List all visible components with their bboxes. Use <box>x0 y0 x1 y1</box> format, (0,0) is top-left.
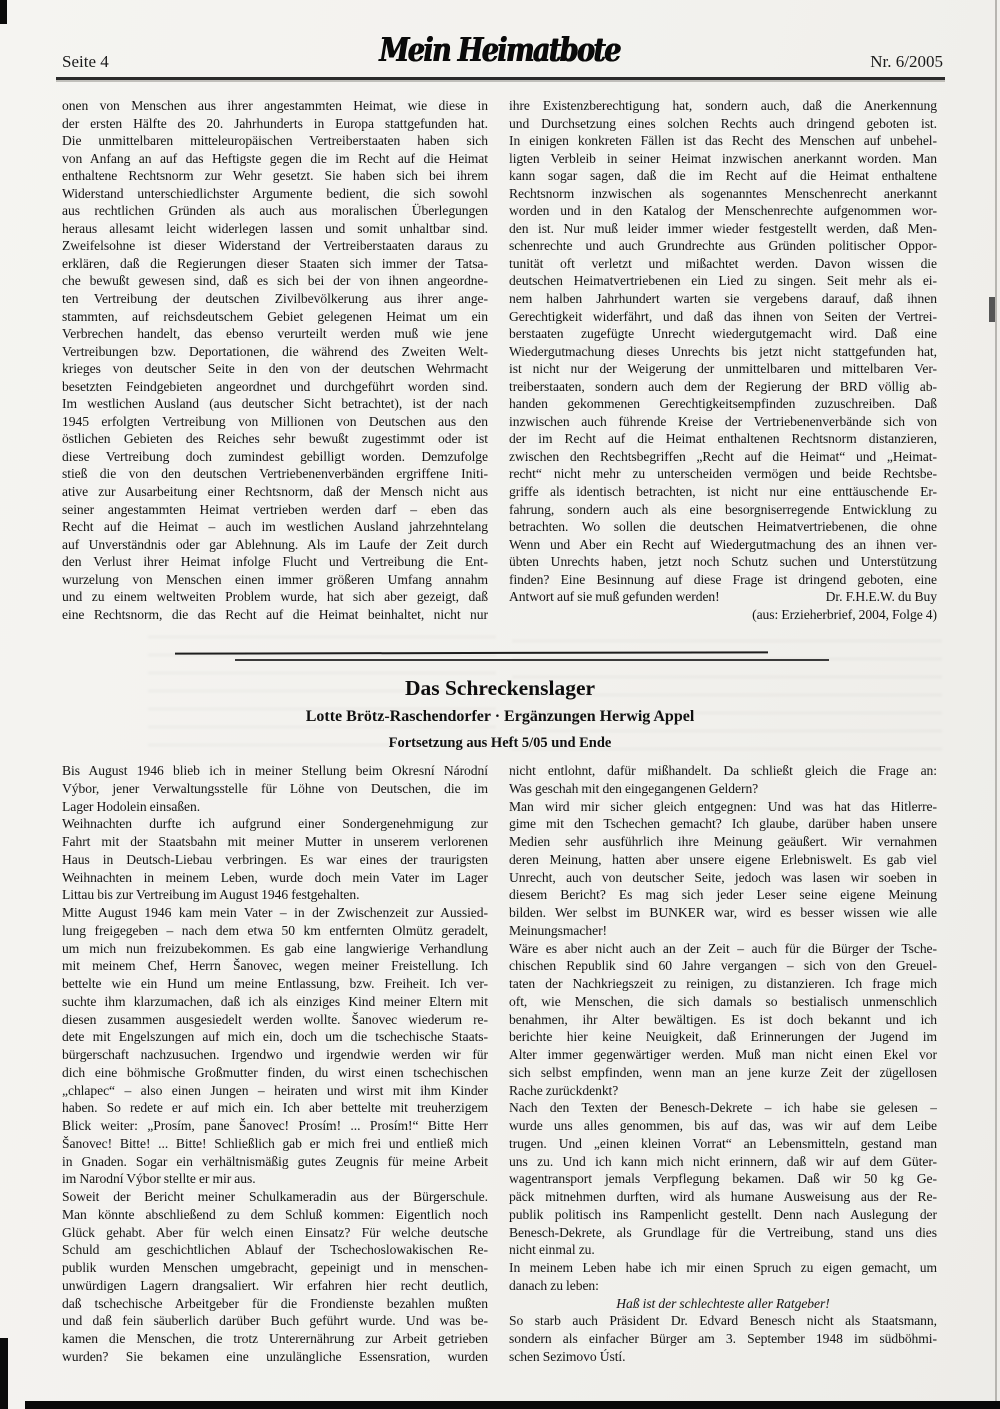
text-line: und Durchsetzung eines solchen Rechts au… <box>509 115 937 133</box>
text-line: nem halben Jahrhundert warten sie vergeb… <box>509 290 937 308</box>
text-line: Wenn und Aber ein Recht auf Wiedergutmac… <box>509 536 937 554</box>
text-line: päck mitnehmen durften, wird als humane … <box>509 1188 937 1206</box>
newspaper-page: { "header": { "page_label": "Seite 4", "… <box>0 0 1000 1409</box>
text-line: schen Sezimovo Ústí. <box>509 1348 937 1366</box>
page-edge-shadow <box>995 0 997 1409</box>
article-title: Das Schreckenslager <box>0 676 1000 701</box>
text-line: Šanovec! Bitte! ... Bitte! Schließlich g… <box>62 1135 488 1153</box>
text-line: nicht einmal zu. <box>509 1241 937 1259</box>
text-line: worden und in den Katalog der Menschenre… <box>509 202 937 220</box>
text-line: Rache zurückdenkt? <box>509 1082 937 1100</box>
section-divider-line <box>235 659 829 661</box>
text-line: oft, wie Menschen, die sich damals so be… <box>509 993 937 1011</box>
text-line: nicht entlohnt, dafür mißhandelt. Da sch… <box>509 762 937 780</box>
text-line: erklären, daß die Regierungen dieser Sta… <box>62 255 488 273</box>
text-line: publik politisch ins Rampenlicht gestell… <box>509 1206 937 1224</box>
masthead-text: Mein Heimatbote <box>380 30 620 69</box>
text-line: bilden. Wer selbst im BUNKER war, wird e… <box>509 904 937 922</box>
page-edge-notch <box>989 297 995 322</box>
issue-number-label: Nr. 6/2005 <box>870 52 943 72</box>
text-line: östlichen Gebieten des Reiches sehr bewu… <box>62 430 488 448</box>
text-line: Lager Hodolein einsaßen. <box>62 798 488 816</box>
text-line: in Gnaden. Sogar ein verhältnismäßig gut… <box>62 1153 488 1171</box>
text-line: kann sogar sagen, daß die im Recht auf d… <box>509 167 937 185</box>
text-line: ist nicht nur der Weigerung der unmittel… <box>509 360 937 378</box>
article-main-right-column: nicht entlohnt, dafür mißhandelt. Da sch… <box>509 762 937 1366</box>
scan-left-edge <box>0 1338 8 1409</box>
text-line: daß tschechische Arbeitgeber für die Fro… <box>62 1295 488 1313</box>
text-line: So starb auch Präsident Dr. Edvard Benes… <box>509 1312 937 1330</box>
text-line: auf Unverständnis oder gar Ablehnung. Al… <box>62 536 488 554</box>
text-line: der ersten Hälfte des 20. Jahrhunderts i… <box>62 115 488 133</box>
text-line: berstaaten zugefügte Unrecht wiedergutge… <box>509 325 937 343</box>
text-line: unwürdigen Lagern drangsaliert. Wir erfa… <box>62 1277 488 1295</box>
text-line: seiner angestammten Heimat vertrieben we… <box>62 501 488 519</box>
article-top-right-column: ihre Existenzberechtigung hat, sondern a… <box>509 97 937 623</box>
text-line: Benesch-Dekrete, als Grundlage für die V… <box>509 1224 937 1242</box>
text-line: bürgerschaft nachzusuchen. Irgendwo und … <box>62 1046 488 1064</box>
text-line: Widerstand unterschiedlichster Argumente… <box>62 185 488 203</box>
text-line: wurden? Sie bekamen eine unzulängliche E… <box>62 1348 488 1366</box>
text-line: Weihnachten in meinem Leben, wurde doch … <box>62 869 488 887</box>
text-line: In meinem Leben habe ich mir einen Spruc… <box>509 1259 937 1277</box>
text-line: benahmen, ihr Alter bewältigen. Es ist d… <box>509 1011 937 1029</box>
masthead-logo: Mein Heimatbote <box>0 30 1000 69</box>
text-line: taten der Nachkriegszeit zu reinigen, zu… <box>509 975 937 993</box>
text-line: wurzelung von Menschen einen immer größe… <box>62 571 488 589</box>
text-line: Die unmittelbaren mitteleuropäischen Ver… <box>62 132 488 150</box>
text-line: betrachten. Wo sollen die deutschen Heim… <box>509 518 937 536</box>
header-rule <box>56 77 945 80</box>
text-line: danach zu leben: <box>509 1277 937 1295</box>
text-line: deutschen Heimatvertriebenen ein Lied zu… <box>509 272 937 290</box>
text-line: Rechtsnorm inzwischen als sogenanntes Me… <box>509 185 937 203</box>
text-line: ihre Existenzberechtigung hat, sondern a… <box>509 97 937 115</box>
text-line: tunität oft verletzt und mißachtet werde… <box>509 255 937 273</box>
text-line: schenrechte und auch Grundrechte aus Grü… <box>509 237 937 255</box>
text-line: In einigen konkreten Fällen ist das Rech… <box>509 132 937 150</box>
text-line: mit meinem Chef, Herrn Šanovec, wegen me… <box>62 957 488 975</box>
text-line: Wäre es aber nicht auch an der Zeit – au… <box>509 940 937 958</box>
text-line: den Verlust ihrer Heimat infolge Flucht … <box>62 553 488 571</box>
text-line: Schuld am geschichtlichen Ablauf der Tsc… <box>62 1241 488 1259</box>
text-line: Haß ist der schlechteste aller Ratgeber! <box>509 1295 937 1313</box>
text-line: Alter immer gegenwärtiger werden. Muß ma… <box>509 1046 937 1064</box>
text-line: diesem Bericht? Es mag sich jeder Leser … <box>509 886 937 904</box>
text-line: Meinungsmacher! <box>509 922 937 940</box>
text-line: Verbrechen handelt, das ebenso verurteil… <box>62 325 488 343</box>
text-line: kamen die Menschen, die trotz Unterernäh… <box>62 1330 488 1348</box>
text-line: und zu einem weltweiten Problem wurde, h… <box>62 588 488 606</box>
text-line: Mitte August 1946 kam mein Vater – in de… <box>62 904 488 922</box>
text-line: berichte hier keine Neuigkeit, daß Erinn… <box>509 1028 937 1046</box>
text-line: heraus allesamt leicht widerlegen lassen… <box>62 220 488 238</box>
text-line: Littau bis zur Vertreibung im August 194… <box>62 886 488 904</box>
text-line: Antwort auf sie muß gefunden werden!Dr. … <box>509 588 937 606</box>
text-line: treiberstaaten, sondern auch dem der Reg… <box>509 378 937 396</box>
text-line: deren Meinung, hatten aber unsere eigene… <box>509 851 937 869</box>
text-line: chischen Republik sind 60 Jahre vergange… <box>509 957 937 975</box>
text-line: Fahrt mit der Staatsbahn mit meiner Mutt… <box>62 833 488 851</box>
article-main-left-column: Bis August 1946 blieb ich in meiner Stel… <box>62 762 488 1366</box>
text-line: der im Recht auf die Heimat enthaltenen … <box>509 430 937 448</box>
text-line: krieges von deutscher Seite in den von d… <box>62 360 488 378</box>
text-line: trugen. Und „einen kleinen Vorrat“ an Le… <box>509 1135 937 1153</box>
text-line: (aus: Erzieherbrief, 2004, Folge 4) <box>509 606 937 624</box>
text-line: Blick weiter: „Prosím, pane Šanovec! Pro… <box>62 1117 488 1135</box>
text-line: Vertreibungen bzw. Deportationen, die wä… <box>62 343 488 361</box>
text-line: Wiedergutmachung dieses Unrechts bis jet… <box>509 343 937 361</box>
text-line: inzwischen auch führende Kreise der Vert… <box>509 413 937 431</box>
text-line: Man wird mir sicher gleich entgegnen: Un… <box>509 798 937 816</box>
author-name: Dr. F.H.E.W. du Buy <box>826 588 937 606</box>
text-line: wagentransport jemals Verpflegung bekame… <box>509 1170 937 1188</box>
text-line: 1945 erfolgten Vertreibung von Millionen… <box>62 413 488 431</box>
text-line: Man könnte abschließend zu dem Schluß ko… <box>62 1206 488 1224</box>
text-line: uns zu. Und ich kann mich nicht erinnern… <box>509 1153 937 1171</box>
text-line: übten Unrechts haben, jetzt noch Schutz … <box>509 553 937 571</box>
continuation-note: Fortsetzung aus Heft 5/05 und Ende <box>0 735 1000 752</box>
text-line: ative zur Ausarbeitung einer Rechtsnorm,… <box>62 483 488 501</box>
text-line: dich eine böhmische Großmutter finden, d… <box>62 1064 488 1082</box>
text-line: Im westlichen Ausland (aus deutscher Sic… <box>62 395 488 413</box>
text-line: enthaltene Rechtsnorm zur Wehr gesetzt. … <box>62 167 488 185</box>
text-line: publik wurden Menschen umgebracht, gepei… <box>62 1259 488 1277</box>
article-top-left-column: onen von Menschen aus ihrer angestammten… <box>62 97 488 623</box>
text-line: suchte ihm klarzumachen, daß ich als ein… <box>62 993 488 1011</box>
text-line: finden? Eine Besinnung auf diese Frage i… <box>509 571 937 589</box>
text-line: im Narodní Výbor stellte er mir aus. <box>62 1170 488 1188</box>
text-line: ten Vertreibung der deutschen Zivilbevöl… <box>62 290 488 308</box>
text-line: sondern als einfacher Bürger am 3. Septe… <box>509 1330 937 1348</box>
text-line: che bewußt gewesen sind, daß es sich bei… <box>62 272 488 290</box>
text-line: wurde uns alles genommen, bis auf das, w… <box>509 1117 937 1135</box>
text-line: dete mit Engelszungen auf mich ein, doch… <box>62 1028 488 1046</box>
text-line: fahrung, sondern auch als eine besorgnis… <box>509 501 937 519</box>
text-line: stieß die von den deutschen Vertriebenen… <box>62 465 488 483</box>
text-line: sich selbst empfinden, wenn man an jene … <box>509 1064 937 1082</box>
text-line: eine Rechtsnorm, die das Recht auf die H… <box>62 606 488 624</box>
text-line: Soweit der Bericht meiner Schulkameradin… <box>62 1188 488 1206</box>
text-line: Gerechtigkeit widerfährt, und daß das ih… <box>509 308 937 326</box>
text-line: „chlapec“ – also einen Jungen – heiraten… <box>62 1082 488 1100</box>
text-line: Haus in Deutsch-Liebau verbringen. Es wa… <box>62 851 488 869</box>
text-line: zwischen den Rechtsbegriffen „Recht auf … <box>509 448 937 466</box>
text-line: recht“ nicht mehr zu unterscheiden vermö… <box>509 465 937 483</box>
text-line: diese Vertreibung doch zumindest gebilli… <box>62 448 488 466</box>
text-line: Glück gehabt. Aber für welch einen Einsa… <box>62 1224 488 1242</box>
text-line: griffe als identisch betrachten, ist nic… <box>509 483 937 501</box>
text-line: gime mit den Tschechen gemacht? Ich glau… <box>509 815 937 833</box>
text-line: Weihnachten durfte ich aufgrund einer So… <box>62 815 488 833</box>
text-line: diesen zusammen ausgesiedelt werden woll… <box>62 1011 488 1029</box>
article-byline: Lotte Brötz-Raschendorfer · Ergänzungen … <box>0 708 1000 726</box>
text-line: Medien sehr ausführlich ihre Meinung geä… <box>509 833 937 851</box>
text-line: Unrecht, auch von deutscher Seite, jedoc… <box>509 869 937 887</box>
text-line: Výbor, jener Verwaltungsstelle für Löhne… <box>62 780 488 798</box>
text-line: haben. So redete er auf mich ein. Ich ab… <box>62 1099 488 1117</box>
text-line: Bis August 1946 blieb ich in meiner Stel… <box>62 762 488 780</box>
text-line: onen von Menschen aus ihrer angestammten… <box>62 97 488 115</box>
text-line: besetzten Feindgebieten angeordnet und d… <box>62 378 488 396</box>
text-line: um mich nun freizubekommen. Es gab eine … <box>62 940 488 958</box>
text-line: Nach den Texten der Benesch-Dekrete – ic… <box>509 1099 937 1117</box>
text-line: stammten, auf reichsdeutschem Gebiet gel… <box>62 308 488 326</box>
text-line: Recht auf die Heimat – auch im westliche… <box>62 518 488 536</box>
scan-bottom-edge <box>25 1401 1000 1409</box>
text-line: lung freigegeben – nach dem etwa 50 km e… <box>62 922 488 940</box>
text-line: ligten Verbleib in seiner Heimat inzwisc… <box>509 150 937 168</box>
text-line: Was geschah mit den eingegangenen Gelder… <box>509 780 937 798</box>
text-line: von Anfang an auf das Heftigste gegen di… <box>62 150 488 168</box>
line-text: Antwort auf sie muß gefunden werden! <box>509 588 720 606</box>
text-line: und daß fein säuberlich darüber Buch gef… <box>62 1312 488 1330</box>
text-line: bettelte wie ein Hund um meine Entlassun… <box>62 975 488 993</box>
text-line: handen gekommenen Gerechtigkeitsempfinde… <box>509 395 937 413</box>
scan-corner-mark <box>0 0 7 24</box>
text-line: aus rechtlichen Gründen als auch aus mor… <box>62 202 488 220</box>
text-line: Zweifelsohne ist dieser Widerstand der V… <box>62 237 488 255</box>
text-line: den ist. Nur muß leider immer wieder fes… <box>509 220 937 238</box>
